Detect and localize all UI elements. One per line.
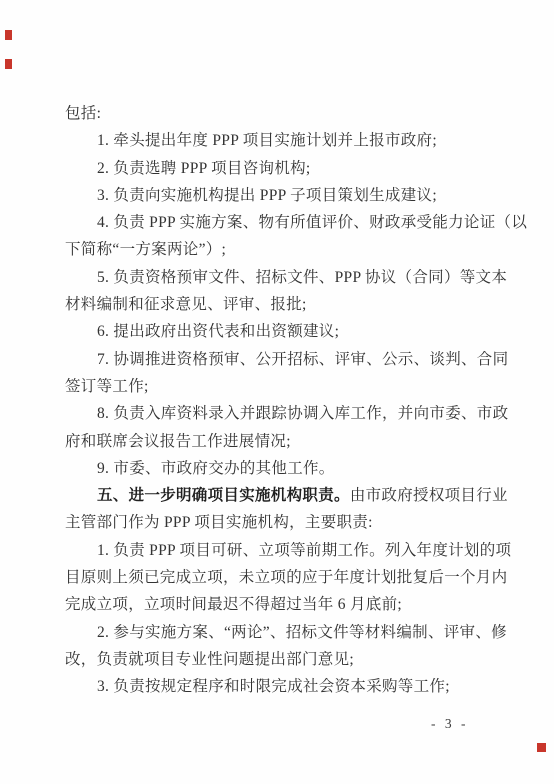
text-line: 6. 提出政府出资代表和出资额建议; (65, 318, 495, 345)
section-heading: 五、进一步明确项目实施机构职责。 (97, 487, 350, 504)
text-line: 改，负责就项目专业性问题提出部门意见; (65, 646, 495, 673)
text-line: 3. 负责向实施机构提出 PPP 子项目策划生成建议; (65, 182, 495, 209)
text-line: 主管部门作为 PPP 项目实施机构，主要职责: (65, 509, 495, 536)
scan-artifact-mark (5, 59, 12, 69)
scan-artifact-mark (5, 30, 12, 40)
text-line-section-heading: 五、进一步明确项目实施机构职责。由市政府授权项目行业 (65, 482, 495, 509)
text-line: 1. 牵头提出年度 PPP 项目实施计划并上报市政府; (65, 127, 495, 154)
text-line: 府和联席会议报告工作进展情况; (65, 428, 495, 455)
text-line: 2. 参与实施方案、“两论”、招标文件等材料编制、评审、修 (65, 619, 495, 646)
text-line: 2. 负责选聘 PPP 项目咨询机构; (65, 155, 495, 182)
scan-artifact-mark (537, 743, 546, 752)
text-line: 7. 协调推进资格预审、公开招标、评审、公示、谈判、合同 (65, 346, 495, 373)
document-body: 包括: 1. 牵头提出年度 PPP 项目实施计划并上报市政府; 2. 负责选聘 … (65, 100, 495, 701)
text-line: 目原则上须已完成立项，未立项的应于年度计划批复后一个月内 (65, 564, 495, 591)
text-line: 4. 负责 PPP 实施方案、物有所值评价、财政承受能力论证（以 (65, 209, 495, 236)
text-line: 完成立项，立项时间最迟不得超过当年 6 月底前; (65, 591, 495, 618)
text-line: 9. 市委、市政府交办的其他工作。 (65, 455, 495, 482)
text-line: 包括: (65, 100, 495, 127)
page-number: - 3 - (431, 714, 469, 734)
text-line: 签订等工作; (65, 373, 495, 400)
document-page: 包括: 1. 牵头提出年度 PPP 项目实施计划并上报市政府; 2. 负责选聘 … (0, 0, 554, 784)
text-line: 材料编制和征求意见、评审、报批; (65, 291, 495, 318)
text-line: 5. 负责资格预审文件、招标文件、PPP 协议（合同）等文本 (65, 264, 495, 291)
text-line: 1. 负责 PPP 项目可研、立项等前期工作。列入年度计划的项 (65, 537, 495, 564)
text-line: 下简称“一方案两论”）; (65, 236, 495, 263)
text-line: 8. 负责入库资料录入并跟踪协调入库工作，并向市委、市政 (65, 400, 495, 427)
text-line: 3. 负责按规定程序和时限完成社会资本采购等工作; (65, 673, 495, 700)
